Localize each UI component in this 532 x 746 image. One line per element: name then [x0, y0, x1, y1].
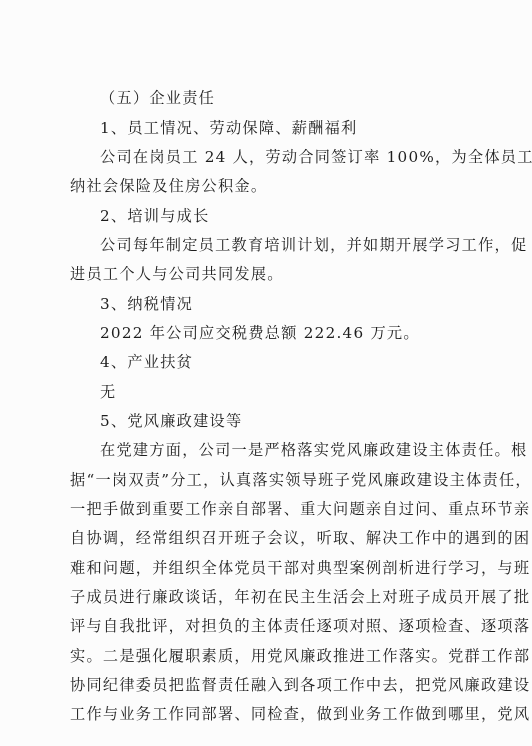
paragraph-line: 实。二是强化履职素质，用党风廉政推进工作落实。党群工作部: [70, 646, 474, 666]
subheading-poverty: 4、产业扶贫: [100, 352, 474, 372]
paragraph-line: 自协调，经常组织召开班子会议，听取、解决工作中的遇到的困: [70, 528, 474, 548]
paragraph-line: 一把手做到重要工作亲自部署、重大问题亲自过问、重点环节亲: [70, 499, 474, 519]
paragraph-line: 子成员进行廉政谈话，年初在民主生活会上对班子成员开展了批: [70, 587, 474, 607]
paragraph-line: 据“一岗双责”分工，认真落实领导班子党风廉政建设主体责任，: [70, 470, 474, 490]
section-heading: （五）企业责任: [100, 88, 474, 108]
paragraph-line: 工作与业务工作同部署、同检查，做到业务工作做到哪里，党风: [70, 704, 474, 724]
paragraph-line: 纳社会保险及住房公积金。: [70, 176, 474, 196]
subheading-training: 2、培训与成长: [100, 206, 474, 226]
document-page: （五）企业责任 1、员工情况、劳动保障、薪酬福利 公司在岗员工 24 人，劳动合…: [0, 0, 532, 746]
paragraph-line: 在党建方面，公司一是严格落实党风廉政建设主体责任。根: [100, 440, 474, 460]
paragraph-line: 评与自我批评，对担负的主体责任逐项对照、逐项检查、逐项落: [70, 616, 474, 636]
paragraph-line: 2022 年公司应交税费总额 222.46 万元。: [100, 323, 474, 343]
paragraph-line: 公司在岗员工 24 人，劳动合同签订率 100%，为全体员工缴: [100, 147, 474, 167]
subheading-tax: 3、纳税情况: [100, 294, 474, 314]
paragraph-line: 协同纪律委员把监督责任融入到各项工作中去，把党风廉政建设: [70, 675, 474, 695]
subheading-party-building: 5、党风廉政建设等: [100, 411, 474, 431]
paragraph-line: 进员工个人与公司共同发展。: [70, 264, 474, 284]
subheading-employees: 1、员工情况、劳动保障、薪酬福利: [100, 118, 474, 138]
paragraph-line: 无: [100, 382, 474, 402]
paragraph-line: 公司每年制定员工教育培训计划，并如期开展学习工作，促: [100, 235, 474, 255]
paragraph-line: 难和问题，并组织全体党员干部对典型案例剖析进行学习，与班: [70, 558, 474, 578]
